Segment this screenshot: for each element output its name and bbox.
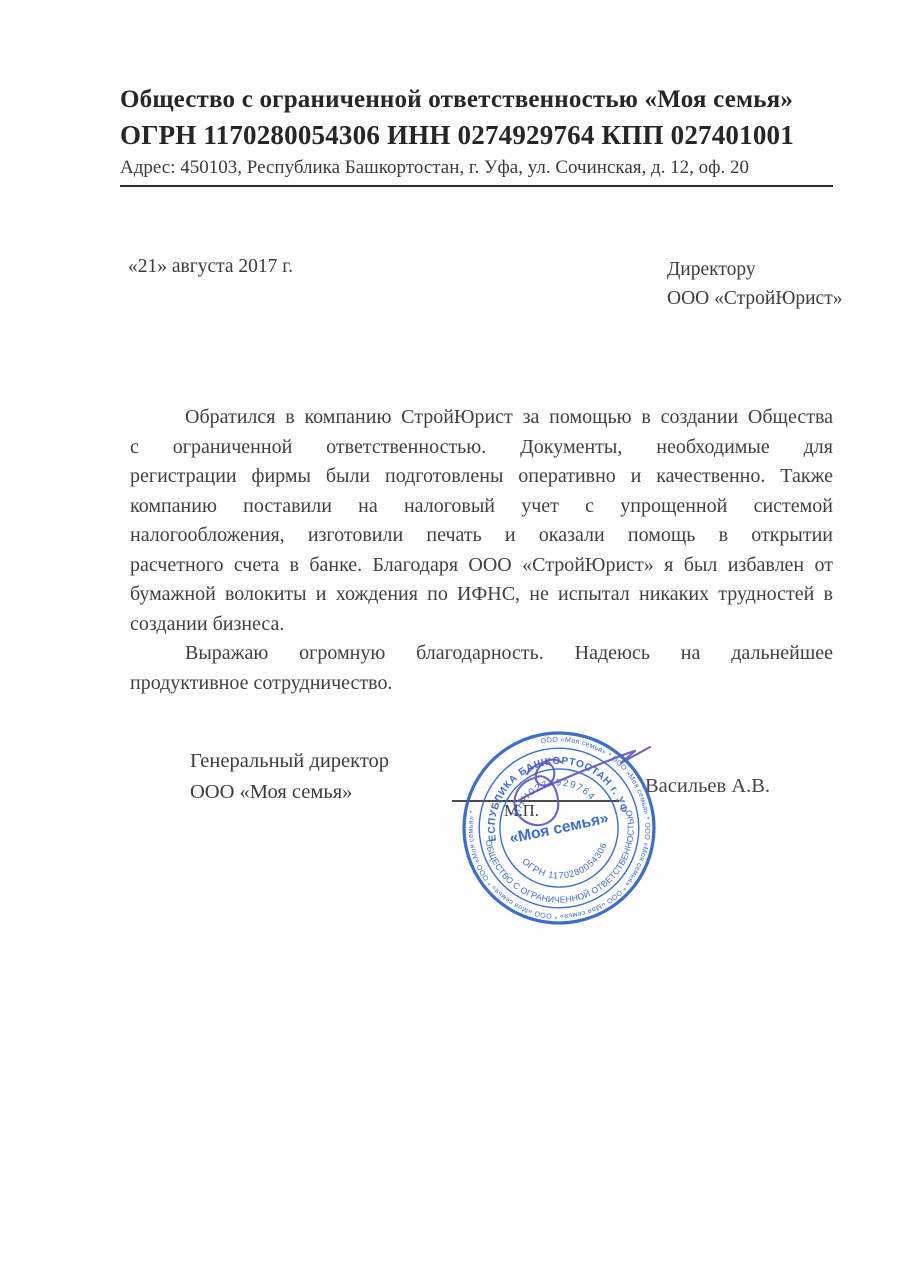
addressee-block: Директору ООО «СтройЮрист» bbox=[667, 256, 842, 313]
body-line: расчетного счета в банке. Благодаря ООО … bbox=[130, 551, 833, 581]
signer-position-title: Генеральный директор bbox=[190, 750, 389, 773]
addressee-title: Директору bbox=[667, 256, 842, 285]
letterhead-company-name: Общество с ограниченной ответственностью… bbox=[120, 86, 832, 114]
body-line: создании бизнеса. bbox=[130, 610, 833, 640]
signer-company: ООО «Моя семья» bbox=[190, 781, 352, 804]
body-line: с ограниченной ответственностью. Докумен… bbox=[130, 433, 833, 463]
body-line: налогообложения, изготовили печать и ока… bbox=[130, 521, 833, 551]
letter-body: Обратился в компанию СтройЮрист за помощ… bbox=[130, 403, 833, 698]
signature-scribble bbox=[465, 722, 685, 842]
body-line: регистрации фирмы были подготовлены опер… bbox=[130, 462, 833, 492]
addressee-company: ООО «СтройЮрист» bbox=[667, 285, 842, 314]
letter-page: Общество с ограниченной ответственностью… bbox=[0, 0, 904, 1280]
signature-loop bbox=[514, 760, 561, 825]
signature-flourish bbox=[518, 747, 650, 801]
body-line: Обратился в компанию СтройЮрист за помощ… bbox=[130, 403, 833, 433]
body-line: бумажной волокиты и хождения по ИФНС, не… bbox=[130, 580, 833, 610]
letter-date: «21» августа 2017 г. bbox=[128, 256, 293, 278]
body-line: компанию поставили на налоговый учет с у… bbox=[130, 492, 833, 522]
letterhead-registration-line: ОГРН 1170280054306 ИНН 0274929764 КПП 02… bbox=[120, 120, 832, 151]
body-line: Выражаю огромную благодарность. Надеюсь … bbox=[130, 639, 833, 669]
letterhead-divider bbox=[120, 185, 833, 187]
body-line: продуктивное сотрудничество. bbox=[130, 669, 833, 699]
letterhead-address-line: Адрес: 450103, Республика Башкортостан, … bbox=[120, 157, 832, 179]
